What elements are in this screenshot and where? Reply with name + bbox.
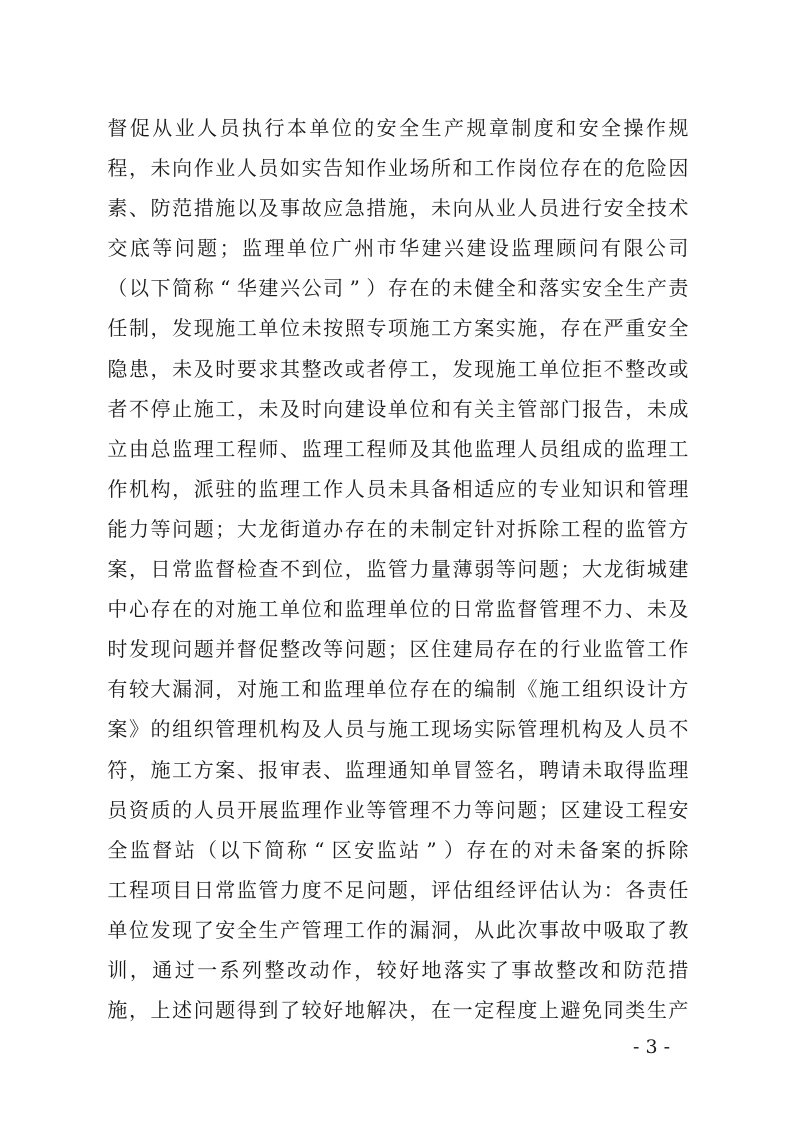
page-number: - 3 - [633, 1036, 693, 1058]
text-line: 立由总监理工程师、监理工程师及其他监理人员组成的监理工 [107, 429, 689, 469]
text-line: 任制，发现施工单位未按照专项施工方案实施，存在严重安全 [107, 308, 689, 348]
body-paragraph: 督促从业人员执行本单位的安全生产规章制度和安全操作规 程，未向作业人员如实告知作… [107, 108, 689, 1030]
text-line: 时发现问题并督促整改等问题；区住建局存在的行业监管工作 [107, 629, 689, 669]
text-line: 有较大漏洞，对施工和监理单位存在的编制《施工组织设计方 [107, 669, 689, 709]
document-page: 督促从业人员执行本单位的安全生产规章制度和安全操作规 程，未向作业人员如实告知作… [0, 0, 794, 1123]
text-line: 全监督站（以下简称“区安监站”）存在的对未备案的拆除 [107, 830, 689, 870]
text-line: 员资质的人员开展监理作业等管理不力等问题；区建设工程安 [107, 790, 689, 830]
text-line: 隐患，未及时要求其整改或者停工，发现施工单位拒不整改或 [107, 349, 689, 389]
text-line: 单位发现了安全生产管理工作的漏洞，从此次事故中吸取了教 [107, 910, 689, 950]
text-line: 中心存在的对施工单位和监理单位的日常监督管理不力、未及 [107, 589, 689, 629]
text-line: 工程项目日常监管力度不足问题，评估组经评估认为：各责任 [107, 870, 689, 910]
text-line: 督促从业人员执行本单位的安全生产规章制度和安全操作规 [107, 108, 689, 148]
text-line: 施，上述问题得到了较好地解决，在一定程度上避免同类生产 [107, 990, 689, 1030]
text-line: 符，施工方案、报审表、监理通知单冒签名，聘请未取得监理 [107, 750, 689, 790]
text-line: 者不停止施工，未及时向建设单位和有关主管部门报告，未成 [107, 389, 689, 429]
text-line: 素、防范措施以及事故应急措施，未向从业人员进行安全技术 [107, 188, 689, 228]
text-line: 交底等问题；监理单位广州市华建兴建设监理顾问有限公司 [107, 228, 689, 268]
text-line: 程，未向作业人员如实告知作业场所和工作岗位存在的危险因 [107, 148, 689, 188]
text-line: 能力等问题；大龙街道办存在的未制定针对拆除工程的监管方 [107, 509, 689, 549]
text-line: 案》的组织管理机构及人员与施工现场实际管理机构及人员不 [107, 709, 689, 749]
text-line: 作机构，派驻的监理工作人员未具备相适应的专业知识和管理 [107, 469, 689, 509]
text-line: （以下简称“华建兴公司”）存在的未健全和落实安全生产责 [107, 268, 689, 308]
text-line: 训，通过一系列整改动作，较好地落实了事故整改和防范措 [107, 950, 689, 990]
text-line: 案，日常监督检查不到位，监管力量薄弱等问题；大龙街城建 [107, 549, 689, 589]
